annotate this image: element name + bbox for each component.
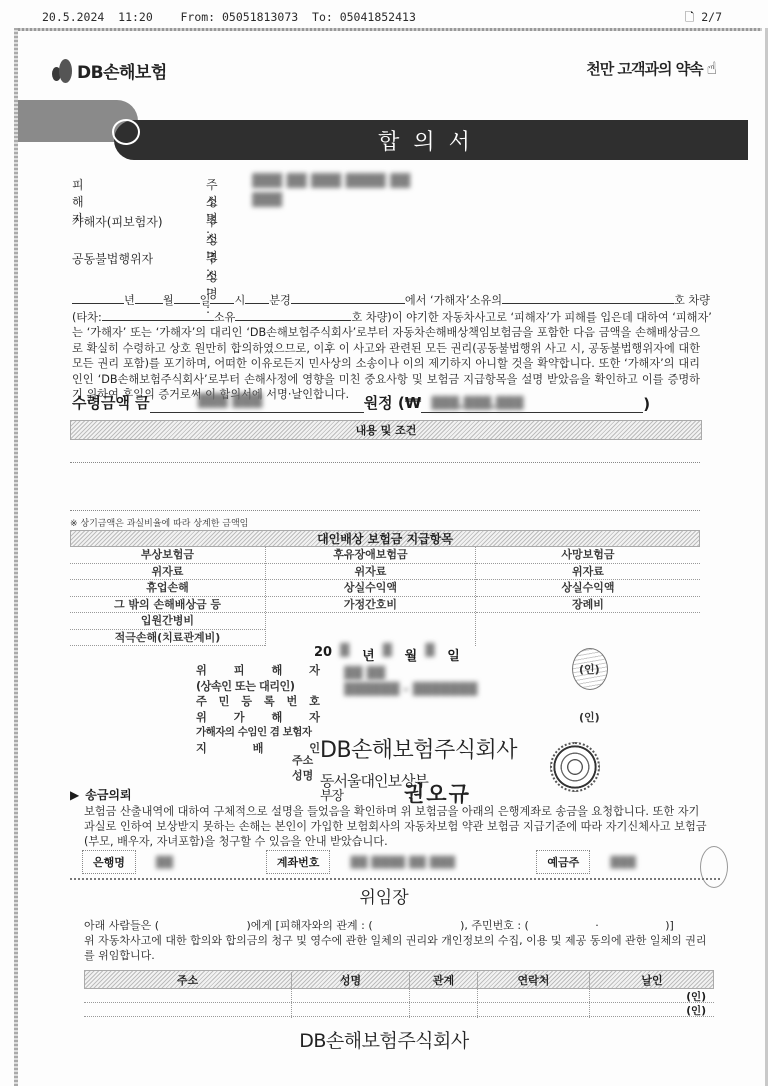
offset-note: ※ 상기금액은 과실비율에 따라 상계한 금액임 <box>70 516 248 529</box>
amount-korean-redacted: ▓▓▓ ▓▓▓ <box>198 394 263 409</box>
delegation-table-header: 주소 성명 관계 연락처 날인 <box>84 970 714 989</box>
pay-item: 그 밖의 손해배상금 등 <box>70 597 265 614</box>
owner-label: 소유 <box>214 311 236 324</box>
hour-unit: 시 <box>234 294 245 307</box>
header-relation: 관계 <box>410 972 478 988</box>
address-label: 주소 <box>292 753 313 768</box>
parties-section: 피해자 주소 : 성명 : ▓▓▓ ▓▓ ▓▓▓ ▓▓▓▓ ▓▓ ▓▓▓ 가해자… <box>72 176 672 286</box>
victim-name-redacted: ▓▓ ▓▓ <box>344 665 477 681</box>
header-name: 성명 <box>292 972 410 988</box>
vehicle-text: 호 차량 <box>674 294 710 307</box>
delegation-line1: 아래 사람들은 ( )에게 [피해자와의 관계 : ( ), 주민번호 : ( … <box>84 918 710 933</box>
relation-cell[interactable] <box>410 1003 478 1018</box>
year-unit: 년 <box>124 294 135 307</box>
date-prefix: 20 <box>314 645 332 664</box>
column-header: 후유장애보험금 <box>266 547 475 564</box>
seal-cell[interactable]: (인) <box>590 989 714 1004</box>
pay-item: 위자료 <box>70 564 265 581</box>
victim-sign-values: ▓▓ ▓▓ ▓▓▓▓▓▓ - ▓▓▓▓▓▓▓ <box>344 665 477 697</box>
pay-item: 위자료 <box>476 564 700 581</box>
pay-item: 휴업손해 <box>70 580 265 597</box>
amount-korean-field: ▓▓▓ ▓▓▓ <box>150 394 364 413</box>
bank-name-redacted: ▓▓ <box>136 856 266 869</box>
header-seal: 날인 <box>590 972 714 988</box>
victim-id-redacted: ▓▓▓▓▓▓ - ▓▓▓▓▓▓▓ <box>344 681 477 697</box>
remittance-text: 보험금 산출내역에 대하여 구체적으로 설명을 들었음을 확인하며 위 보험금을… <box>84 804 710 849</box>
amount-numeric-redacted: ▓▓▓,▓▓▓,▓▓▓ <box>431 396 523 410</box>
conditions-header: 내용 및 조건 <box>70 420 702 440</box>
contact-cell[interactable] <box>478 989 590 1004</box>
divider <box>70 510 700 511</box>
pay-item: 상실수익액 <box>266 580 475 597</box>
amount-numeric-field: ▓▓▓,▓▓▓,▓▓▓ <box>421 394 643 413</box>
remittance-title-text: 송금의뢰 <box>85 786 131 803</box>
company-name-sign: DB손해보험주식회사 <box>320 733 517 764</box>
remittance-title: ▶ 송금의뢰 <box>70 786 132 803</box>
company-logo: DB손해보험 <box>52 58 167 83</box>
label-insurer: 가해자의 수임인 겸 보험자 <box>196 725 320 741</box>
agreement-text: 년월일시분경에서 ‘가해자’소유의호 차량 (타차:소유호 차량)이 야기한 자… <box>72 292 700 403</box>
amount-label: 수령금액 금 <box>72 392 150 413</box>
company-seal-stamp <box>550 742 600 792</box>
amount-row: 수령금액 금 ▓▓▓ ▓▓▓ 원정 (₩ ▓▓▓,▓▓▓,▓▓▓ ) <box>72 392 700 413</box>
payment-items-table: 대인배상 보험금 지급항목 부상보험금 위자료 휴업손해 그 밖의 손해배상금 … <box>70 530 700 646</box>
footer-company-name: DB손해보험주식회사 <box>0 1026 768 1053</box>
fax-divider <box>14 28 762 31</box>
date-redacted: ▓ ▓ ▓ <box>340 643 435 657</box>
delegation-text: 아래 사람들은 ( )에게 [피해자와의 관계 : ( ), 주민번호 : ( … <box>84 918 710 963</box>
victim-seal-mark: (인) <box>579 661 600 677</box>
account-number-redacted: ▓▓ ▓▓▓▓ ▓▓ ▓▓▓ <box>330 856 536 869</box>
holder-seal <box>700 846 728 888</box>
scan-edge-left <box>14 28 18 1086</box>
pay-item: 상실수익액 <box>476 580 700 597</box>
other-vehicle-label: (타차: <box>72 311 102 324</box>
pay-item: 입원간병비 <box>70 613 265 630</box>
delegation-line2: 위 자동차사고에 대한 합의와 합의금의 청구 및 영수에 관한 일체의 권리와… <box>84 933 710 963</box>
name-cell[interactable] <box>292 989 410 1004</box>
address-cell[interactable] <box>84 989 292 1004</box>
document-title: 합의서 <box>114 120 748 160</box>
fax-page-number: 🗋 2/7 <box>685 10 722 29</box>
minute-unit: 분경 <box>269 294 291 307</box>
disability-column: 후유장애보험금 위자료 상실수익액 가정간호비 <box>266 547 476 646</box>
accident-text: 호 차량)이 야기한 자동차사고로 ‘피해자’가 피해를 입은데 대하여 ‘피해… <box>351 311 711 324</box>
contact-cell[interactable] <box>478 1003 590 1018</box>
section-divider <box>70 878 720 880</box>
address-cell[interactable] <box>84 1003 292 1018</box>
won-label: 원정 (₩ <box>364 392 422 413</box>
account-holder-label: 예금주 <box>536 850 590 874</box>
slogan-text: 천만 고객과의 약속 <box>586 58 702 79</box>
triangle-right-icon: ▶ <box>70 788 79 802</box>
slogan: 천만 고객과의 약속 ☝ <box>586 58 716 79</box>
day-unit: 일 <box>200 294 211 307</box>
name-cell[interactable] <box>292 1003 410 1018</box>
relation-cell[interactable] <box>410 989 478 1004</box>
party-role: 공동불법행위자 <box>72 250 153 267</box>
document-icon: 🗋 <box>685 10 694 24</box>
header-contact: 연락처 <box>478 972 590 988</box>
account-number-label: 계좌번호 <box>266 850 331 874</box>
injury-column: 부상보험금 위자료 휴업손해 그 밖의 손해배상금 등 입원간병비 적극손해(치… <box>70 547 266 646</box>
name-label: 성명 <box>292 768 313 783</box>
payment-items-title: 대인배상 보험금 지급항목 <box>70 530 700 547</box>
party-role: 가해자(피보험자) <box>72 213 163 230</box>
delegation-table: 주소 성명 관계 연락처 날인 (인) (인) <box>84 970 714 1017</box>
bank-account-row: 은행명 ▓▓ 계좌번호 ▓▓ ▓▓▓▓ ▓▓ ▓▓▓ 예금주 ▓▓▓ <box>82 850 712 874</box>
account-holder-redacted: ▓▓▓ <box>590 856 635 869</box>
header-address: 주소 <box>84 972 292 988</box>
table-row: (인) <box>84 1003 714 1017</box>
pay-item: 가정간호비 <box>266 597 475 614</box>
db-logo-icon <box>52 59 74 83</box>
month-unit: 월 <box>163 294 174 307</box>
pay-item: 적극손해(치료관계비) <box>70 630 265 647</box>
pay-item: 장례비 <box>476 597 700 614</box>
victim-name-redacted: ▓▓▓ <box>252 193 282 208</box>
delegation-title: 위임장 <box>0 883 768 908</box>
label-heir: (상속인 또는 대리인) <box>196 679 320 695</box>
label-victim: 위피해자 <box>196 663 320 679</box>
label-offender: 위가해자 <box>196 710 320 726</box>
page-count: 2/7 <box>701 10 722 24</box>
location-text: 에서 ‘가해자’소유의 <box>405 294 502 307</box>
fax-header: 20.5.2024 11:20 From: 05051813073 To: 05… <box>42 10 722 24</box>
table-row: (인) <box>84 989 714 1003</box>
title-ring-decoration <box>112 119 140 145</box>
seal-cell[interactable]: (인) <box>590 1003 714 1018</box>
amount-close: ) <box>643 395 650 413</box>
day-unit: 일 <box>447 645 460 664</box>
pay-item: 위자료 <box>266 564 475 581</box>
pointing-hand-icon: ☝ <box>707 59 716 79</box>
address-name-labels: 주소 성명 <box>292 753 313 783</box>
label-resident-number: 주민등록번호 <box>196 694 320 710</box>
column-header: 부상보험금 <box>70 547 265 564</box>
logo-text: DB손해보험 <box>77 58 167 83</box>
agreement-body: 는 ‘가해자’ 또는 ‘가해자’의 대리인 ‘DB손해보험주식회사’로부터 자동… <box>72 325 700 403</box>
offender-seal-mark: (인) <box>579 709 600 725</box>
column-header: 사망보험금 <box>476 547 700 564</box>
divider <box>70 462 700 463</box>
death-column: 사망보험금 위자료 상실수익액 장례비 <box>476 547 700 646</box>
victim-address-redacted: ▓▓▓ ▓▓ ▓▓▓ ▓▓▓▓ ▓▓ <box>252 174 410 189</box>
signature-labels: 위피해자 (상속인 또는 대리인) 주민등록번호 위가해자 가해자의 수임인 겸… <box>196 663 320 756</box>
bank-name-label: 은행명 <box>82 850 136 874</box>
